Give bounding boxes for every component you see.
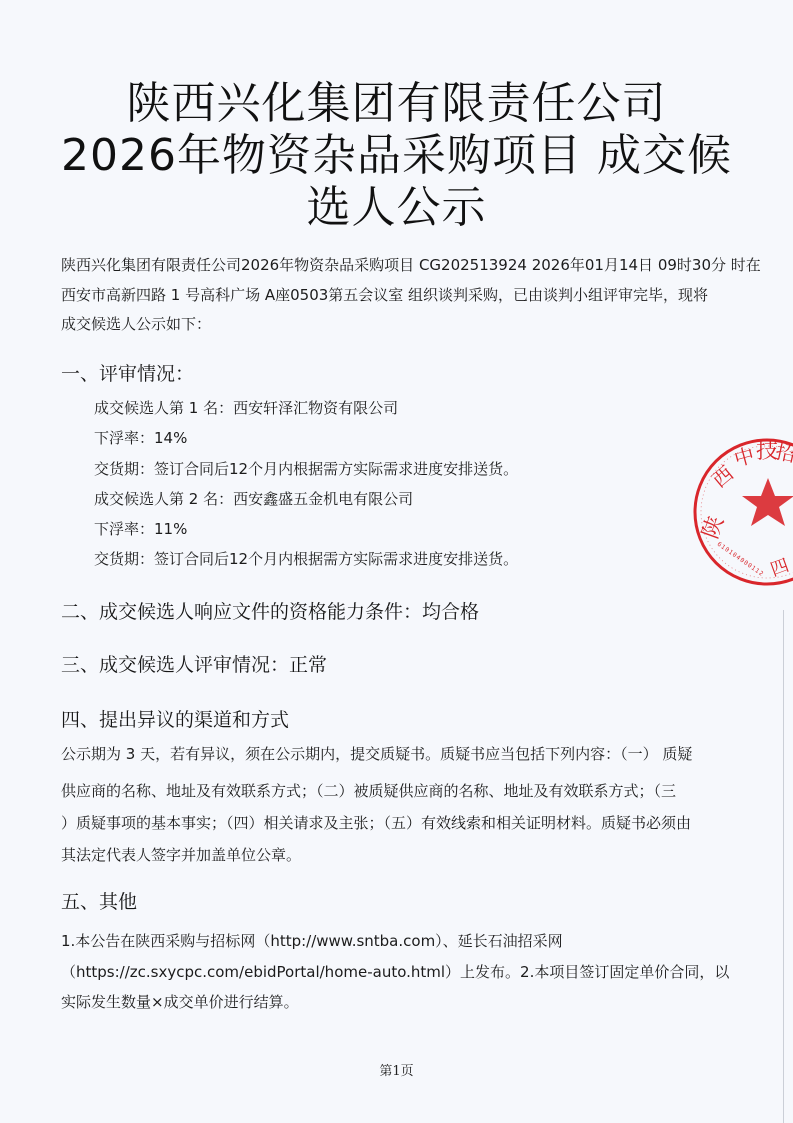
section-3-heading: 三、成交候选人评审情况：正常 xyxy=(61,653,327,677)
candidate-1-delivery: 交货期：签订合同后12个月内根据需方实际需求进度安排送货。 xyxy=(94,459,518,479)
section-4-heading: 四、提出异议的渠道和方式 xyxy=(61,708,289,732)
other-line-3: 实际发生数量×成交单价进行结算。 xyxy=(61,992,299,1012)
svg-text:陕: 陕 xyxy=(698,513,729,542)
svg-text:中: 中 xyxy=(731,443,757,471)
document-page: 陕西兴化集团有限责任公司 2026年物资杂品采购项目 成交候 选人公示 陕西兴化… xyxy=(0,0,793,1123)
objection-line-3: ）质疑事项的基本事实；（四）相关请求及主张；（五）有效线索和相关证明材料。质疑书… xyxy=(61,813,691,833)
candidate-1-discount: 下浮率：14% xyxy=(94,428,187,448)
intro-line-3: 成交候选人公示如下： xyxy=(61,314,211,334)
official-seal-stamp: 陕 西 中 技 招 四 610104000112 xyxy=(690,436,793,588)
section-2-heading: 二、成交候选人响应文件的资格能力条件：均合格 xyxy=(61,600,479,624)
intro-line-1: 陕西兴化集团有限责任公司2026年物资杂品采购项目 CG202513924 20… xyxy=(61,255,761,275)
page-edge-line xyxy=(783,610,784,1123)
candidate-2-name: 成交候选人第 2 名：西安鑫盛五金机电有限公司 xyxy=(94,489,413,509)
svg-text:西: 西 xyxy=(707,461,738,492)
candidate-2-discount: 下浮率：11% xyxy=(94,519,187,539)
candidate-1-name: 成交候选人第 1 名：西安轩泽汇物资有限公司 xyxy=(94,398,398,418)
objection-line-2: 供应商的名称、地址及有效联系方式；（二）被质疑供应商的名称、地址及有效联系方式；… xyxy=(61,781,676,801)
section-5-heading: 五、其他 xyxy=(61,890,137,914)
candidate-2-delivery: 交货期：签订合同后12个月内根据需方实际需求进度安排送货。 xyxy=(94,549,518,569)
svg-text:610104000112: 610104000112 xyxy=(716,541,765,578)
other-line-1: 1.本公告在陕西采购与招标网（http://www.sntba.com）、延长石… xyxy=(61,931,563,951)
intro-line-2: 西安市高新四路 1 号高科广场 A座0503第五会议室 组织谈判采购，已由谈判小… xyxy=(61,285,708,305)
objection-line-1: 公示期为 3 天，若有异议，须在公示期内，提交质疑书。质疑书应当包括下列内容：（… xyxy=(61,744,692,764)
svg-text:技: 技 xyxy=(756,439,778,464)
document-title-line-1: 陕西兴化集团有限责任公司 xyxy=(0,78,793,130)
document-title-line-3: 选人公示 xyxy=(0,182,793,234)
page-number: 第1页 xyxy=(0,1060,793,1079)
svg-text:招: 招 xyxy=(774,439,793,467)
document-title-line-2: 2026年物资杂品采购项目 成交候 xyxy=(0,130,793,182)
other-line-2: （https://zc.sxycpc.com/ebidPortal/home-a… xyxy=(61,962,729,982)
seal-icon: 陕 西 中 技 招 四 610104000112 xyxy=(695,439,793,584)
svg-text:四: 四 xyxy=(768,555,792,581)
seal-star-icon xyxy=(742,478,793,526)
objection-line-4: 其法定代表人签字并加盖单位公章。 xyxy=(61,845,301,865)
section-1-heading: 一、评审情况： xyxy=(61,362,194,386)
